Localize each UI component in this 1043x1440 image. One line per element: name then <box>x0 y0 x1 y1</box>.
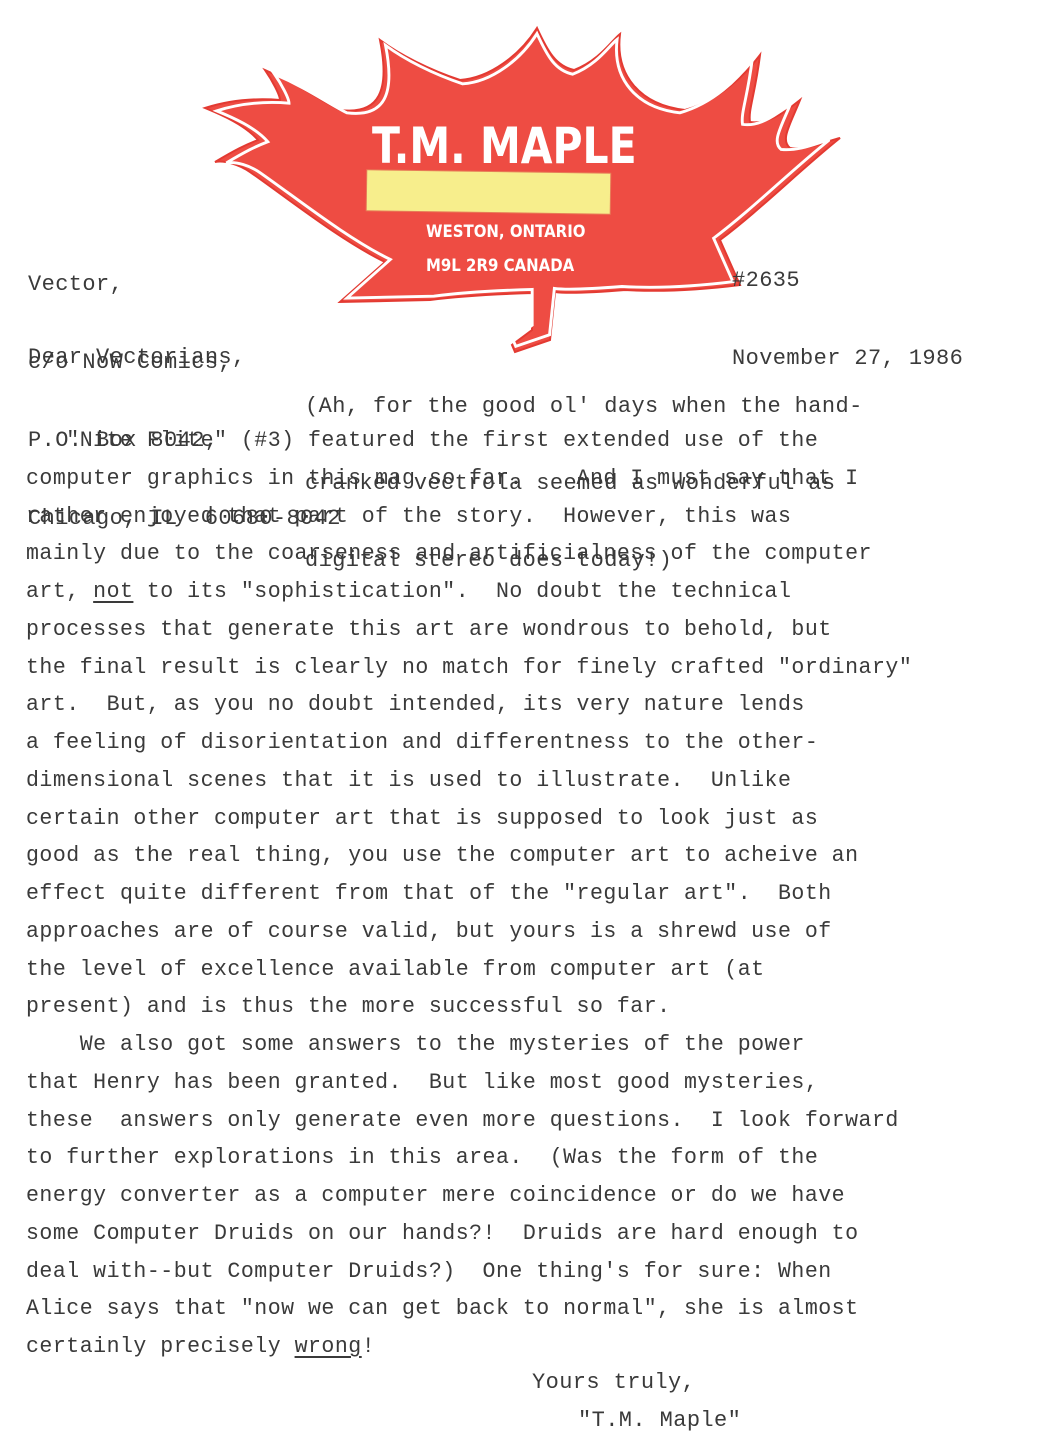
body-line: deal with--but Computer Druids?) One thi… <box>26 1259 832 1284</box>
letter-number: #2635 <box>732 268 963 294</box>
body-line: mainly due to the coarseness and artific… <box>26 541 872 566</box>
letterhead-city: WESTON, ONTARIO <box>426 222 602 242</box>
body-line: "Nite Flite" (#3) featured the first ext… <box>26 428 818 453</box>
body-line: some Computer Druids on our hands?! Drui… <box>26 1221 859 1246</box>
yellow-sticker <box>367 170 611 213</box>
body-line: art. But, as you no doubt intended, its … <box>26 692 805 717</box>
body-line: good as the real thing, you use the comp… <box>26 843 859 868</box>
body-line: a feeling of disorientation and differen… <box>26 730 818 755</box>
body-line: to further explorations in this area. (W… <box>26 1145 818 1170</box>
salutation: Dear Vectorians, <box>28 345 246 371</box>
body-line: processes that generate this art are won… <box>26 617 832 642</box>
body-line: certainly precisely wrong! <box>26 1334 375 1359</box>
recipient-line: Vector, <box>28 272 341 298</box>
aside-line: (Ah, for the good ol' days when the hand… <box>305 394 863 419</box>
body-line: Alice says that "now we can get back to … <box>26 1296 859 1321</box>
body-line: effect quite different from that of the … <box>26 881 832 906</box>
body-line: We also got some answers to the mysterie… <box>26 1032 805 1057</box>
underlined-word: wrong <box>295 1334 362 1359</box>
letterhead-postal: M9L 2R9 CANADA <box>426 256 602 276</box>
body-line: present) and is thus the more successful… <box>26 994 671 1019</box>
body-line: that Henry has been granted. But like mo… <box>26 1070 818 1095</box>
body-line: energy converter as a computer mere coin… <box>26 1183 845 1208</box>
body-line: certain other computer art that is suppo… <box>26 806 818 831</box>
body-line: rather enjoyed that part of the story. H… <box>26 504 791 529</box>
body-line: approaches are of course valid, but your… <box>26 919 832 944</box>
signature: "T.M. Maple" <box>578 1408 741 1433</box>
underlined-word: not <box>93 579 133 604</box>
body-line: dimensional scenes that it is used to il… <box>26 768 791 793</box>
body-line: these answers only generate even more qu… <box>26 1108 899 1133</box>
body-line: art, not to its "sophistication". No dou… <box>26 579 791 604</box>
body-line: the final result is clearly no match for… <box>26 655 912 680</box>
body-line: computer graphics in this mag so far. An… <box>26 466 859 491</box>
valediction: Yours truly, <box>532 1370 695 1395</box>
letterhead-name: T.M. MAPLE <box>372 118 610 174</box>
body-line: the level of excellence available from c… <box>26 957 765 982</box>
